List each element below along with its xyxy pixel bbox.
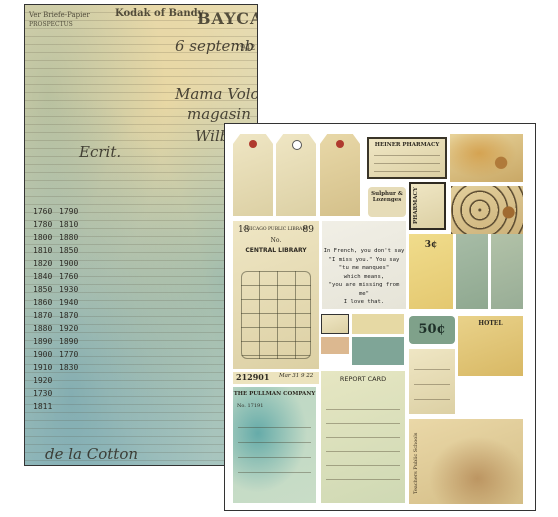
- pullman-company-form: THE PULLMAN COMPANY No. 17191: [233, 387, 316, 503]
- pharmacy-vertical-label: PHARMACY: [409, 182, 446, 230]
- green-ticket: [352, 337, 404, 365]
- quote-card: In French, you don't say "I miss you." Y…: [322, 221, 406, 309]
- stamped-ephemera: [451, 186, 523, 234]
- years-column-1: 1760178018001810182018401850186018701880…: [33, 205, 52, 413]
- tag-hole-icon: [292, 140, 302, 150]
- tag-red-eyelet: [320, 134, 360, 216]
- report-card: REPORT CARD: [321, 371, 405, 503]
- header-center-text: Kodak of Bandy: [115, 8, 203, 19]
- small-ticket-2: [352, 314, 404, 334]
- tag-eyelet-icon: [249, 140, 257, 148]
- library-stamp-grid: [241, 271, 311, 359]
- school-document: Teachers Public Schools: [409, 419, 523, 504]
- sulphur-label: Sulphur & Lozenges: [368, 187, 406, 217]
- header-title: BAYCANNE: [197, 9, 258, 28]
- ledger-receipt: [409, 349, 455, 414]
- header-small-text: Ver Briefe-Papier: [29, 11, 90, 19]
- handwriting-line-6: de la Cotton: [45, 445, 138, 463]
- handwriting-year: 1942: [235, 43, 255, 52]
- small-ticket-3: [321, 337, 349, 354]
- years-column-2: 1790181018801850190017601930194018701920…: [59, 205, 78, 374]
- handwriting-line-5: Ecrit.: [79, 143, 121, 161]
- ephemera-sheet-right: HEINER PHARMACY Sulphur & Lozenges PHARM…: [224, 123, 536, 511]
- number-ticket: 212901 Mar 31 9 22: [233, 372, 319, 384]
- small-ticket-1: [321, 314, 349, 334]
- hotel-receipt: HOTEL: [458, 316, 523, 376]
- yellow-ticket-3c: 3¢: [409, 234, 453, 309]
- tag-eyelet-icon: [336, 140, 344, 148]
- green-ticket-2: [491, 234, 523, 309]
- tag-plain: [276, 134, 316, 216]
- handwriting-line-3: magasin: [187, 105, 251, 123]
- stained-paper-with-button: [450, 134, 523, 182]
- handwriting-line-2: Mama Volod: [175, 85, 258, 103]
- vintage-paper-sheet-left: Ver Briefe-Papier PROSPECTUS Kodak of Ba…: [24, 4, 258, 466]
- fifty-cent-ticket: 50¢: [409, 316, 455, 344]
- library-card: 18 89 CHICAGO PUBLIC LIBRARY No. CENTRAL…: [233, 221, 319, 369]
- green-ticket-1: [456, 234, 488, 309]
- ledger-tag: [233, 134, 273, 216]
- header-small-text-2: PROSPECTUS: [29, 21, 73, 28]
- pharmacy-ticket: HEINER PHARMACY: [367, 137, 447, 179]
